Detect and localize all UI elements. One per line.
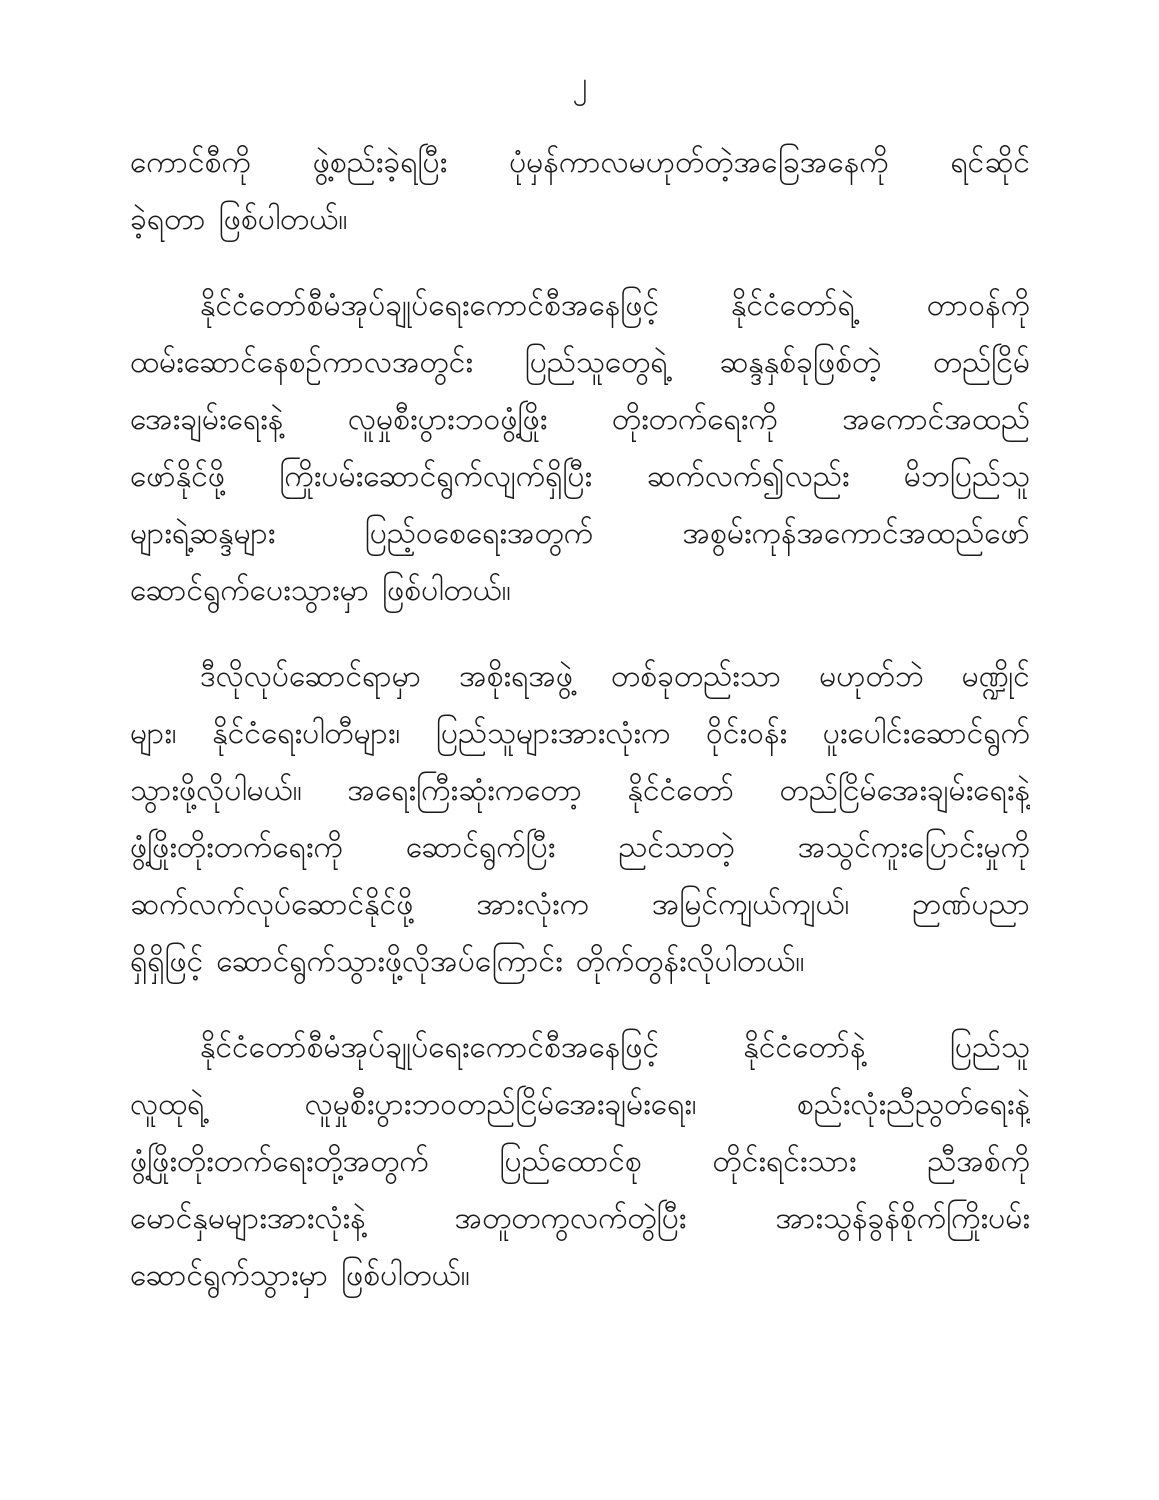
text-line: ဆောင်ရွက်ပေးသွားမှာဖြစ်ပါတယ်။: [130, 564, 1030, 621]
text-line: မောင်နှမများအားလုံးနဲ့အတူတကွလက်တွဲပြီးအာ…: [130, 1192, 1030, 1249]
text-line: ထမ်းဆောင်နေစဉ်ကာလအတွင်းပြည်သူတွေရဲ့ဆန္ဒန…: [130, 336, 1030, 393]
text-line: နိုင်ငံတော်စီမံအုပ်ချုပ်ရေးကောင်စီအနေဖြင…: [130, 279, 1030, 336]
paragraph: ကောင်စီကိုဖွဲ့စည်းခဲ့ရပြီးပုံမှန်ကာလမဟုတ…: [130, 136, 1030, 250]
text-line: များ၊နိုင်ငံရေးပါတီများ၊ပြည်သူများအားလုံ…: [130, 707, 1030, 764]
page-number: ၂: [130, 62, 1030, 106]
word: ဖွံ့ဖြိုးတိုးတက်ရေးတို့အတွက်: [130, 1141, 429, 1186]
word: လူမှုစီးပွားဘဝဖွံ့ဖြိုး: [348, 399, 547, 444]
paragraph: နိုင်ငံတော်စီမံအုပ်ချုပ်ရေးကောင်စီအနေဖြင…: [130, 279, 1030, 621]
word: လူမှုစီးပွားဘဝတည်ငြိမ်အေးချမ်းရေး၊: [305, 1084, 697, 1129]
word: စည်းလုံးညီညွတ်ရေးနဲ့: [797, 1084, 1030, 1129]
word: အရေးကြီးဆုံးကတော့: [347, 770, 582, 815]
word: ပြည်ထောင်စု: [500, 1141, 642, 1186]
word: ထမ်းဆောင်နေစဉ်ကာလအတွင်း: [130, 342, 473, 387]
word: ညင်သာတဲ့: [618, 827, 734, 872]
text-line: ခဲ့ရတာဖြစ်ပါတယ်။: [130, 193, 1030, 250]
word: ဆောင်ရွက်သွားဖို့လိုအပ်ကြောင်း: [216, 941, 562, 986]
text-line: လူထုရဲ့လူမှုစီးပွားဘဝတည်ငြိမ်အေးချမ်းရေး…: [130, 1078, 1030, 1135]
text-line: ဆက်လက်လုပ်ဆောင်နိုင်ဖို့အားလုံးကအမြင်ကျယ…: [130, 878, 1030, 935]
word: အတူတကွလက်တွဲပြီး: [455, 1198, 687, 1243]
word: ဆက်လက်၍လည်း: [646, 456, 849, 501]
word: သွားဖို့လိုပါမယ်။: [130, 770, 302, 815]
word: များ၊: [130, 713, 177, 758]
word: တာဝန်ကို: [927, 285, 1030, 330]
word: တိုင်းရင်းသား: [713, 1141, 857, 1186]
word: တိုးတက်ရေးကို: [612, 399, 778, 444]
text-line: ဖွံ့ဖြိုးတိုးတက်ရေးတို့အတွက်ပြည်ထောင်စုတ…: [130, 1135, 1030, 1192]
word: မောင်နှမများအားလုံးနဲ့: [130, 1198, 366, 1243]
word: များရဲ့ဆန္ဒများ: [130, 513, 275, 558]
word: အားလုံးက: [476, 884, 589, 929]
word: ဆောင်ရွက်ပြီး: [406, 827, 555, 872]
paragraph: ဒီလိုလုပ်ဆောင်ရာမှာအစိုးရအဖွဲ့တစ်ခုတည်းသ…: [130, 650, 1030, 992]
text-line: များရဲ့ဆန္ဒများပြည့်ဝစေရေးအတွက်အစွမ်းကုန…: [130, 507, 1030, 564]
word: နိုင်ငံတော်စီမံအုပ်ချုပ်ရေးကောင်စီအနေဖြင…: [200, 285, 659, 330]
word: ဒီလိုလုပ်ဆောင်ရာမှာ: [200, 656, 421, 701]
word: အသွင်ကူးပြောင်းမှုကို: [798, 827, 1030, 872]
word: ဖွဲ့စည်းခဲ့ရပြီး: [313, 142, 448, 187]
word: ဆောင်ရွက်ပေးသွားမှာ: [130, 570, 369, 615]
word: မဟုတ်ဘဲ: [819, 656, 924, 701]
word: တစ်ခုတည်းသာ: [611, 656, 781, 701]
word: တည်ငြိမ်အေးချမ်းရေးနဲ့: [780, 770, 1030, 815]
word: ဆက်လက်လုပ်ဆောင်နိုင်ဖို့: [130, 884, 413, 929]
word: နိုင်ငံတော်: [627, 770, 734, 815]
word: အားသွန်ခွန်စိုက်ကြိုးပမ်း: [775, 1198, 1030, 1243]
document-page: ၂ ကောင်စီကိုဖွဲ့စည်းခဲ့ရပြီးပုံမှန်ကာလမဟ…: [0, 0, 1159, 1500]
word: ပူးပေါင်းဆောင်ရွက်: [823, 713, 1030, 758]
word: ပြည်သူ: [950, 1027, 1030, 1072]
word: အေးချမ်းရေးနဲ့: [130, 399, 283, 444]
text-line: ရှိရှိဖြင့်ဆောင်ရွက်သွားဖို့လိုအပ်ကြောင်…: [130, 935, 1030, 992]
word: နိုင်ငံတော်နဲ့: [743, 1027, 865, 1072]
word: ဖွံ့ဖြိုးတိုးတက်ရေးကို: [130, 827, 343, 872]
word: တည်ငြိမ်: [933, 342, 1030, 387]
word: နိုင်ငံတော်စီမံအုပ်ချုပ်ရေးကောင်စီအနေဖြင…: [200, 1027, 659, 1072]
word: ဝိုင်းဝန်း: [706, 713, 787, 758]
word: လူထုရဲ့: [130, 1084, 204, 1129]
word: ခဲ့ရတာ: [130, 199, 206, 244]
word: ဖြစ်ပါတယ်။: [341, 1255, 470, 1300]
word: ဖော်နိုင်ဖို့: [130, 456, 225, 501]
word: ညီအစ်ကို: [927, 1141, 1030, 1186]
word: အမြင်ကျယ်ကျယ်၊: [652, 884, 850, 929]
text-line: သွားဖို့လိုပါမယ်။အရေးကြီးဆုံးကတော့နိုင်င…: [130, 764, 1030, 821]
word: ဖြစ်ပါတယ်။: [219, 199, 348, 244]
word: မိဘပြည်သူ: [904, 456, 1030, 501]
text-line: နိုင်ငံတော်စီမံအုပ်ချုပ်ရေးကောင်စီအနေဖြင…: [130, 1021, 1030, 1078]
word: ပြည်သူများအားလုံးက: [436, 713, 671, 758]
word: ပုံမှန်ကာလမဟုတ်တဲ့အခြေအနေကို: [509, 142, 889, 187]
word: ကြိုးပမ်းဆောင်ရွက်လျက်ရှိပြီး: [279, 456, 592, 501]
word: ဆန္ဒနှစ်ခုဖြစ်တဲ့: [719, 342, 881, 387]
text-line: ဖော်နိုင်ဖို့ကြိုးပမ်းဆောင်ရွက်လျက်ရှိပြ…: [130, 450, 1030, 507]
word: နိုင်ငံတော်ရဲ့: [731, 285, 855, 330]
word: ကောင်စီကို: [130, 142, 251, 187]
word: ဖြစ်ပါတယ်။: [382, 570, 511, 615]
word: ရှိရှိဖြင့်: [130, 941, 203, 986]
word: တိုက်တွန်းလိုပါတယ်။: [576, 941, 805, 986]
text-line: ကောင်စီကိုဖွဲ့စည်းခဲ့ရပြီးပုံမှန်ကာလမဟုတ…: [130, 136, 1030, 193]
text-line: ဖွံ့ဖြိုးတိုးတက်ရေးကိုဆောင်ရွက်ပြီးညင်သာ…: [130, 821, 1030, 878]
word: အစွမ်းကုန်အကောင်အထည်ဖော်: [682, 513, 1030, 558]
text-line: ဆောင်ရွက်သွားမှာဖြစ်ပါတယ်။: [130, 1249, 1030, 1306]
word: အကောင်အထည်: [842, 399, 1030, 444]
word: နိုင်ငံရေးပါတီများ၊: [212, 713, 400, 758]
word: ပြည့်ဝစေရေးအတွက်: [365, 513, 593, 558]
text-line: ဒီလိုလုပ်ဆောင်ရာမှာအစိုးရအဖွဲ့တစ်ခုတည်းသ…: [130, 650, 1030, 707]
word: ပြည်သူတွေရဲ့: [525, 342, 668, 387]
word: မဏ္ဍိုင်: [962, 656, 1030, 701]
text-line: အေးချမ်းရေးနဲ့လူမှုစီးပွားဘဝဖွံ့ဖြိုးတို…: [130, 393, 1030, 450]
paragraph: နိုင်ငံတော်စီမံအုပ်ချုပ်ရေးကောင်စီအနေဖြင…: [130, 1021, 1030, 1306]
word: ဆောင်ရွက်သွားမှာ: [130, 1255, 328, 1300]
word: ဉာဏ်ပညာ: [912, 884, 1030, 929]
word: ရင်ဆိုင်: [950, 142, 1030, 187]
word: အစိုးရအဖွဲ့: [459, 656, 573, 701]
